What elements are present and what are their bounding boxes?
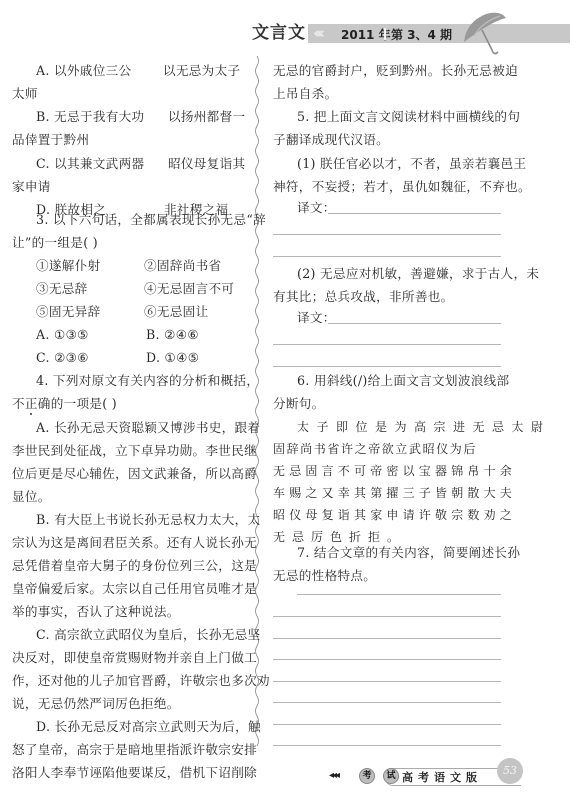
q6-passage-line: 无忌厉色折拒。	[273, 529, 406, 545]
answer-line[interactable]	[273, 745, 501, 746]
q3-item-4: ④无忌固言不可	[144, 281, 234, 297]
q2-option-b-cont: 品倖置于黔州	[12, 132, 89, 148]
q4-b-line: B. 有大臣上书说长孙无忌权力太大，太	[36, 512, 260, 528]
q2-option-c-right: 昭仪母复诣其	[168, 156, 245, 172]
q6-passage-line: 车赐之又幸其第擢三子皆朝散大夫	[273, 485, 516, 501]
q3-choice-c: C. ②③⑥	[36, 350, 89, 366]
q4-b-line: 忌凭借着皇帝大舅子的身份位列三公，这是	[12, 558, 257, 574]
q3-stem-cont: 让”的一组是( )	[12, 235, 98, 251]
q5-sub1: (1) 朕任官必以才，不者，虽亲若襄邑王	[297, 156, 526, 172]
answer-line[interactable]	[273, 702, 501, 703]
answer-line[interactable]	[273, 344, 501, 345]
q5-stem-cont: 子翻译成现代汉语。	[273, 132, 389, 148]
q6-stem: 6. 用斜线(/)给上面文言文划波浪线部	[297, 373, 509, 389]
q7-stem: 7. 结合文章的有关内容，简要阐述长孙	[297, 545, 520, 561]
q4-c-line: 说，无忌仍然严词厉色拒绝。	[12, 696, 180, 712]
q6-passage-line: 无忌固言不可帝密以宝器锦帛十余	[273, 463, 516, 479]
answer-line[interactable]	[328, 213, 501, 214]
q6-passage-line: 固辞尚书省许之帝欲立武昭仪为后	[273, 441, 477, 457]
q7-stem-cont: 无忌的性格特点。	[273, 568, 376, 584]
q4-d-line: 怒了皇帝，高宗于是暗地里指派许敬宗安排	[12, 742, 257, 758]
q5-sub1-cont: 神符，不妄授；若才，虽仇如魏征，不弃也。	[273, 179, 531, 195]
q2-option-a-cont: 太师	[12, 86, 38, 102]
q4-b-line: 宗认为这是离间君臣关系。还有人说长孙无	[12, 535, 257, 551]
footer-char-circle: 试	[383, 768, 399, 784]
q3-choice-b: B. ②④⑥	[146, 327, 199, 343]
answer-line[interactable]	[297, 594, 501, 595]
q4-b-line: 举的事实，否认了这种说法。	[12, 604, 180, 620]
answer-line[interactable]	[273, 616, 501, 617]
answer-line[interactable]	[273, 366, 501, 367]
q4-a-line: 显位。	[12, 489, 51, 505]
q3-item-5: ⑤固无异辞	[36, 304, 100, 320]
answer-line[interactable]	[273, 638, 501, 639]
q4-c-line: 决反对，即使皇帝赏赐财物并亲自上门做工	[12, 650, 257, 666]
q4-stem: 4. 下列对原文有关内容的分析和概括，	[36, 373, 259, 389]
q4-stem-cont: 不正确的一项是( )	[12, 396, 117, 412]
q2-option-b: B. 无忌于我有大功	[36, 109, 144, 125]
q4-a-line: 李世民到处征战，立下卓异功勋。李世民继	[12, 443, 257, 459]
issue-number: 第 3、4 期	[391, 26, 452, 43]
q3-item-3: ③无忌辞	[36, 281, 88, 297]
umbrella-icon	[460, 8, 512, 58]
triple-arrow-icon: ◂◂◂	[329, 770, 338, 781]
answer-line[interactable]	[273, 256, 501, 257]
q2-option-a-right: 以无忌为太子	[163, 63, 240, 79]
q3-item-2: ②固辞尚书省	[144, 258, 221, 274]
q6-passage-line: 昭仪母复诣其家申请许敬宗数劝之	[273, 507, 516, 523]
q6-stem-cont: 分断句。	[273, 396, 325, 412]
answer-line[interactable]	[273, 659, 501, 660]
q2-option-c: C. 以其兼文武两器	[36, 156, 144, 172]
q3-item-1: ①遂解仆射	[36, 258, 100, 274]
page-number: 53	[497, 758, 523, 784]
q4-d-line: 洛阳人李奉节诬陷他要谋反，借机下诏削除	[12, 765, 257, 781]
q4-c-line: C. 高宗欲立武昭仪为皇后，长孙无忌坚	[36, 627, 260, 643]
answer-line[interactable]	[273, 681, 501, 682]
q2-option-b-right: 以扬州都督一	[168, 109, 245, 125]
publication-title: 高考语文版	[402, 769, 482, 785]
answer-line[interactable]	[273, 724, 501, 725]
q3-stem: 3. 以下六句话，全都属表现长孙无忌“辞	[36, 212, 266, 228]
q2-option-a: A. 以外戚位三公	[36, 63, 131, 79]
q4-b-line: 皇帝偏爱后家。太宗以自己任用官员唯才是	[12, 581, 257, 597]
q4-d-line: D. 长孙无忌反对高宗立武则天为后，触	[36, 719, 261, 735]
header-divider	[384, 28, 386, 40]
q4-a-line: 位后更是尽心辅佐，因文武兼备，所以高爵	[12, 466, 257, 482]
q3-item-6: ⑥无忌固让	[144, 304, 208, 320]
footer-char-circle: 考	[359, 768, 375, 784]
q3-choice-a: A. ①③⑤	[36, 327, 89, 343]
q5-stem: 5. 把上面文言文阅读材料中画横线的句	[297, 109, 520, 125]
q5-sub2: (2) 无忌应对机敏，善避嫌，求于古人，未	[297, 266, 539, 282]
answer-line[interactable]	[273, 234, 501, 235]
emphasis-not-correct: 不正确	[12, 396, 51, 411]
continuation-line: 无忌的官爵封户，贬到黔州。长孙无忌被迫	[273, 63, 518, 79]
q3-choice-d: D. ①④⑤	[146, 350, 199, 366]
section-title: 文言文	[252, 18, 306, 43]
answer-line[interactable]	[328, 323, 501, 324]
q4-c-line: 作，还对他的儿子加官晋爵，许敬宗也多次劝	[12, 673, 270, 689]
q4-a-line: A. 长孙无忌天资聪颖又博涉书史，跟着	[36, 420, 260, 436]
q5-sub2-cont: 有其比；总兵攻战，非所善也。	[273, 289, 454, 305]
continuation-line: 上吊自杀。	[273, 86, 337, 102]
q6-passage-line: 太子即位是为高宗进无忌太尉	[297, 419, 551, 435]
q2-option-c-cont: 家申请	[12, 179, 51, 195]
chevrons-icon: ‹‹‹‹	[313, 24, 321, 43]
